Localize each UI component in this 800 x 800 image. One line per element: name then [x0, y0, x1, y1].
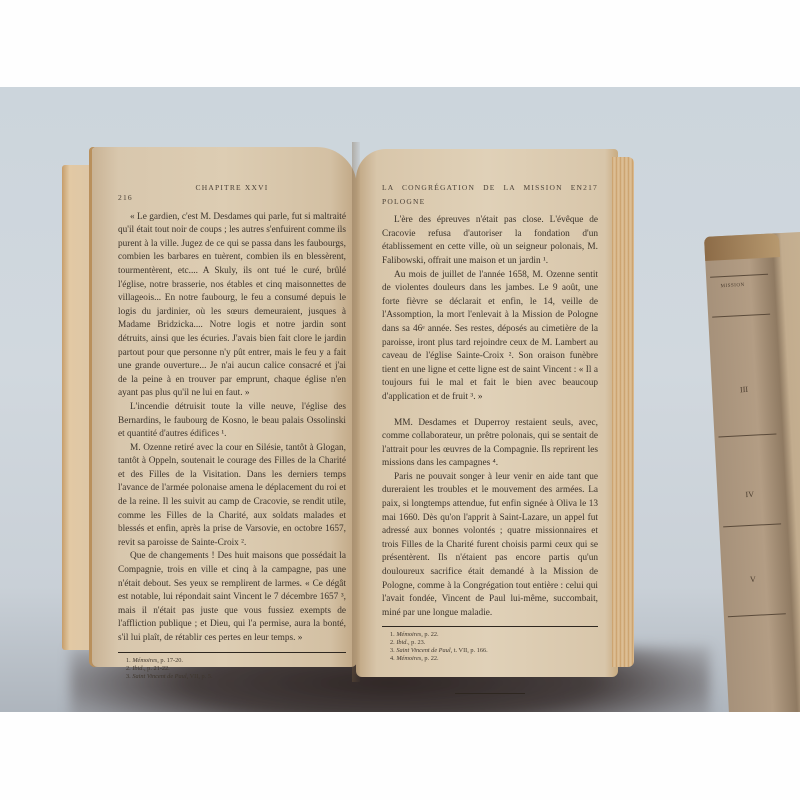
paragraph: Que de changements ! Des huit maisons qu…: [118, 550, 346, 645]
footnote-rule: [118, 652, 346, 653]
right-page-text: LA CONGRÉGATION DE LA MISSION EN POLOGNE…: [382, 181, 598, 694]
spine-band: [710, 274, 768, 278]
left-running-head: CHAPITRE XXVI 216: [118, 181, 346, 195]
footnote: 3. Saint Vincent de Paul, t. VII, p. 166…: [390, 647, 598, 655]
spine-numeral: III: [740, 385, 748, 394]
spine-numeral: IV: [745, 490, 754, 499]
footnotes: 1. Mémoires, p. 22. 2. Ibid., p. 23. 3. …: [382, 631, 598, 663]
paragraph: Au mois de juillet de l'année 1658, M. O…: [382, 269, 598, 405]
right-page-number: 217: [583, 181, 598, 208]
right-running-head: LA CONGRÉGATION DE LA MISSION EN POLOGNE…: [382, 181, 598, 208]
left-page-text: CHAPITRE XXVI 216 « Le gardien, c'est M.…: [118, 181, 346, 681]
footnote: 3. Saint Vincent de Paul, VII, p. 5.: [126, 673, 346, 681]
spine-title: MISSION: [720, 283, 744, 289]
paragraph: MM. Desdames et Duperroy restaient seuls…: [382, 417, 598, 471]
book-gutter: [352, 142, 360, 682]
photograph: CHAPITRE XXVI 216 « Le gardien, c'est M.…: [0, 87, 800, 712]
spine-band: [728, 613, 786, 617]
spine-band: [712, 314, 770, 318]
footnote: 2. Ibid., p. 23.: [390, 639, 598, 647]
paragraph: Paris ne pouvait songer à leur venir en …: [382, 471, 598, 621]
second-book-spine: MISSION III IV V: [704, 231, 800, 712]
footnotes: 1. Mémoires, p. 17-20. 2. Ibid., p. 21-2…: [118, 657, 346, 681]
footnote: 4. Mémoires, p. 22.: [390, 655, 598, 663]
paragraph: M. Ozenne retiré avec la cour en Silésie…: [118, 442, 346, 551]
spine-band: [718, 433, 776, 437]
paragraph: L'incendie détruisit toute la ville neuv…: [118, 401, 346, 442]
spine-numeral: V: [750, 575, 756, 584]
footnote: 1. Mémoires, p. 22.: [390, 631, 598, 639]
section-title: LA CONGRÉGATION DE LA MISSION EN POLOGNE: [382, 181, 583, 208]
page-fore-edge: [612, 157, 634, 667]
paragraph: L'ère des épreuves n'était pas close. L'…: [382, 214, 598, 268]
end-of-chapter-rule: [455, 693, 525, 694]
footnote-rule: [382, 626, 598, 627]
section-break: [382, 405, 598, 417]
footnote: 1. Mémoires, p. 17-20.: [126, 657, 346, 665]
spine-band: [723, 523, 781, 527]
paragraph: « Le gardien, c'est M. Desdames qui parl…: [118, 211, 346, 401]
spine-top-wear: [704, 233, 780, 261]
chapter-title: CHAPITRE XXVI: [196, 181, 269, 195]
left-page-number: 216: [118, 191, 133, 205]
footnote: 2. Ibid., p. 21-22.: [126, 665, 346, 673]
